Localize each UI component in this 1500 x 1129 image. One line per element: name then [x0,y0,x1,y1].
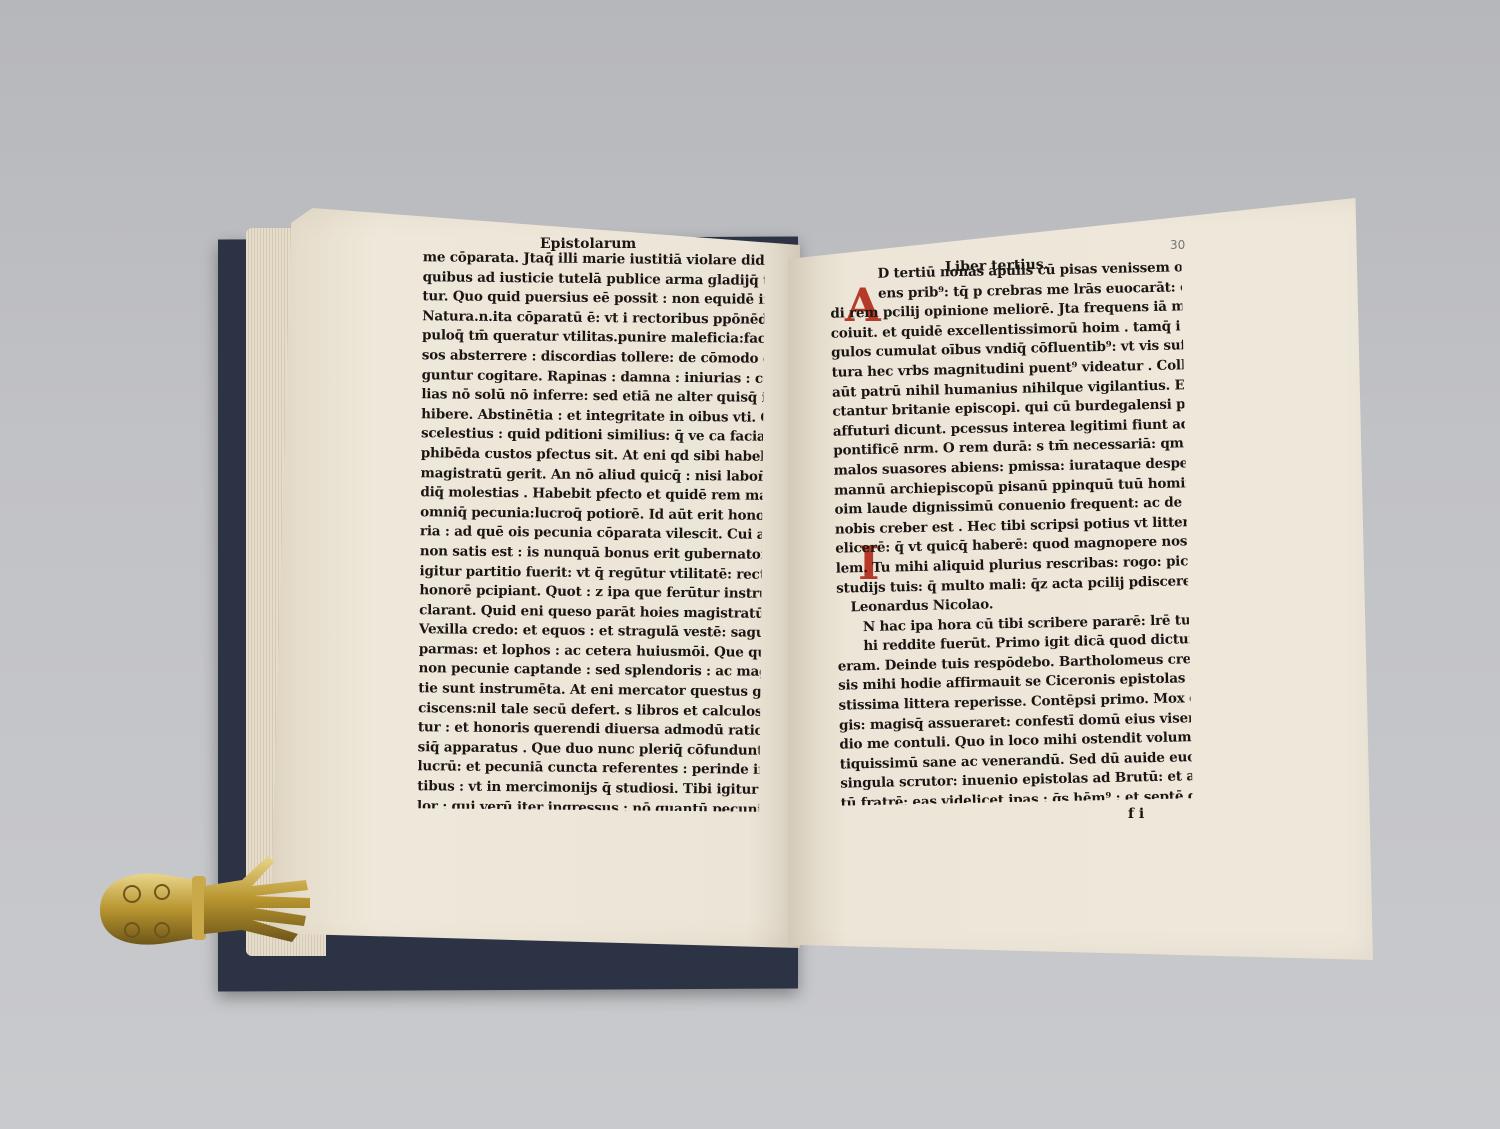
folio-annotation: 30 [1170,238,1185,252]
photo-scene: Epistolarum me cōparata. Jtaq̄ illi mari… [0,0,1500,1129]
left-text-block: me cōparata. Jtaq̄ illi marie iustitiā v… [417,248,765,812]
brass-hand-clip-icon [92,850,314,958]
right-text-block: D tertiū nonas apulis cū pisas venissem … [829,258,1192,805]
signature-mark: f i [1128,806,1144,822]
